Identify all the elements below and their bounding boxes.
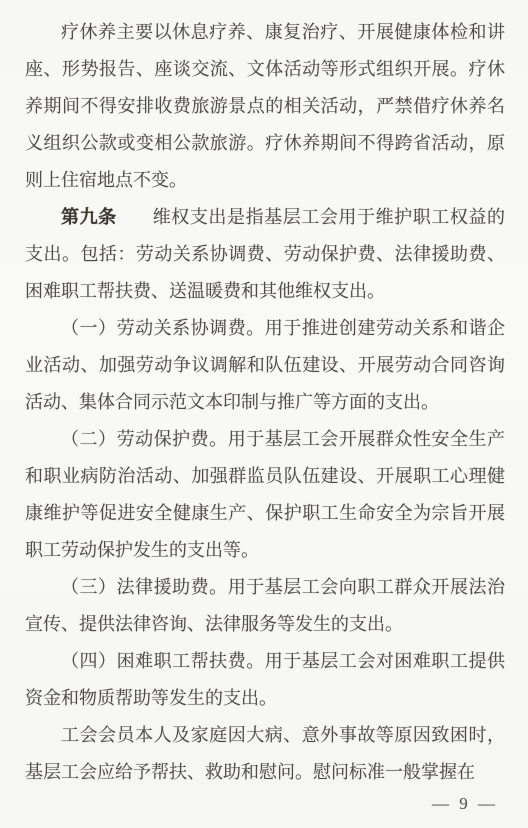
scanned-document-page: 疗休养主要以休息疗养、康复治疗、开展健康体检和讲座、形势报告、座谈交流、文体活动… <box>0 0 528 828</box>
paragraph-item-1-labor-relations: （一）劳动关系协调费。用于推进创建劳动关系和谐企业活动、加强劳动争议调解和队伍建… <box>25 310 505 421</box>
paragraph-item-2-labor-protection: （二）劳动保护费。用于基层工会开展群众性安全生产和职业病防治活动、加强群监员队伍… <box>25 421 505 569</box>
paragraph-item-3-legal-aid: （三）法律援助费。用于基层工会向职工群众开展法治宣传、提供法律咨询、法律服务等发… <box>25 569 505 643</box>
article-number-label: 第九条 <box>61 207 117 227</box>
document-body: 疗休养主要以休息疗养、康复治疗、开展健康体检和讲座、形势报告、座谈交流、文体活动… <box>25 14 505 791</box>
page-number: — 9 — <box>432 794 498 814</box>
paragraph-item-4-hardship-assistance: （四）困难职工帮扶费。用于基层工会对困难职工提供资金和物质帮助等发生的支出。 <box>25 643 505 717</box>
paragraph-article-9: 第九条维权支出是指基层工会用于维护职工权益的支出。包括：劳动关系协调费、劳动保护… <box>25 199 505 310</box>
paragraph-recuperation-rules: 疗休养主要以休息疗养、康复治疗、开展健康体检和讲座、形势报告、座谈交流、文体活动… <box>25 14 505 199</box>
paragraph-member-hardship: 工会会员本人及家庭因大病、意外事故等原因致困时，基层工会应给予帮扶、救助和慰问。… <box>25 717 505 791</box>
